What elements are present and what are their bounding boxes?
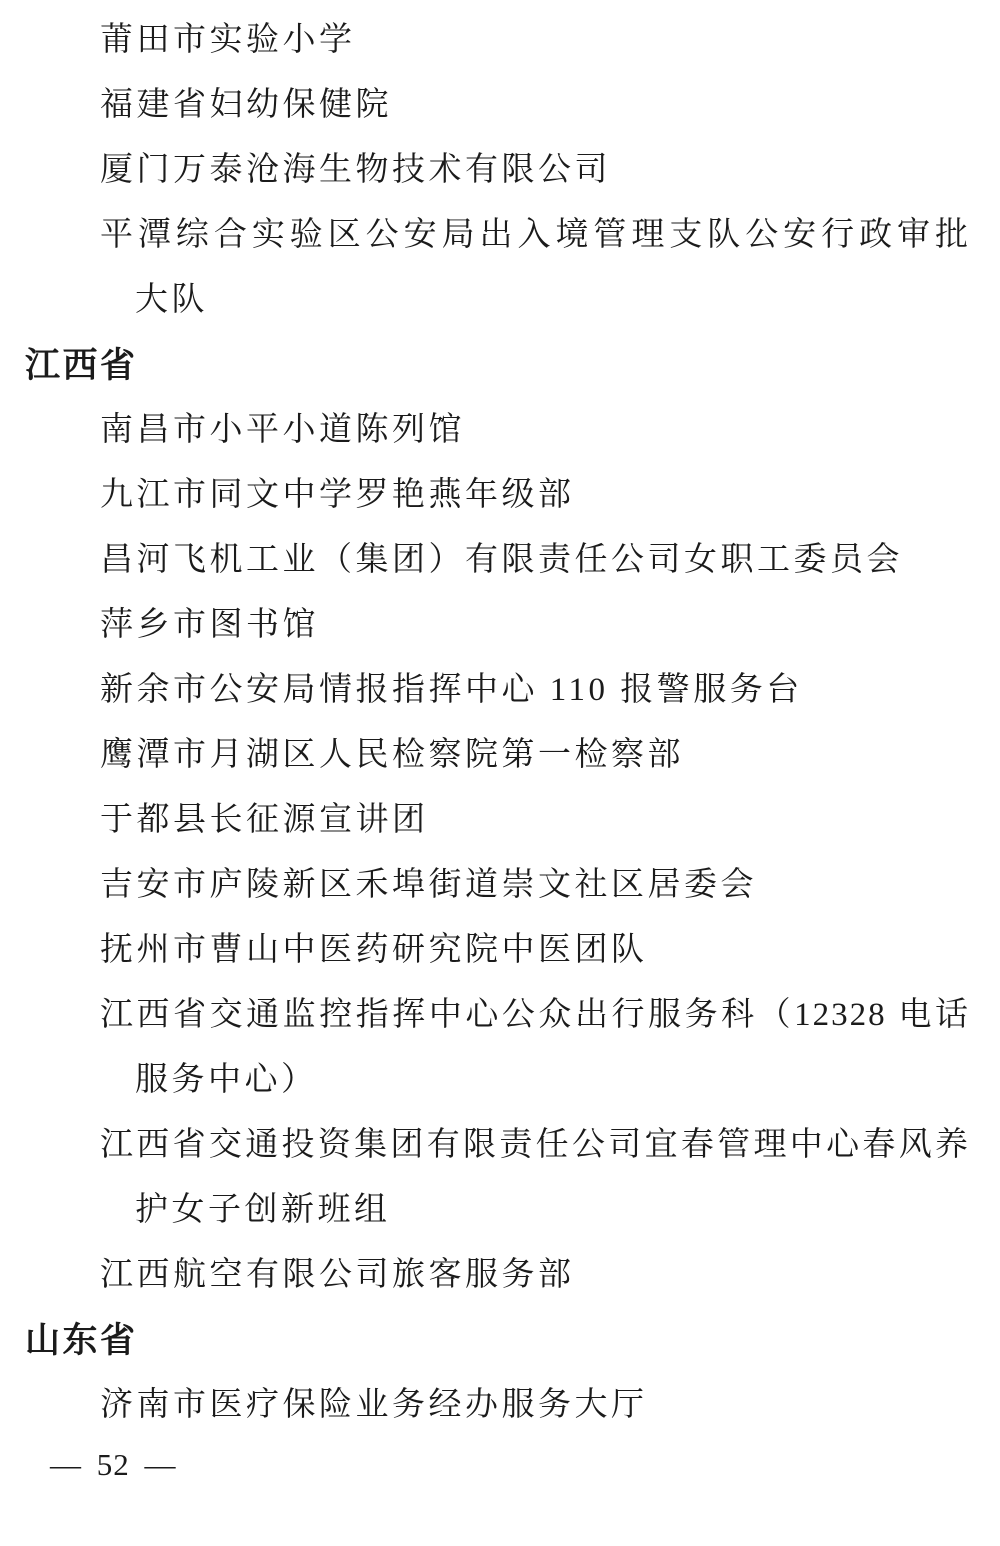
org-line-continuation: 大队 [25,268,970,333]
org-line: 南昌市小平小道陈列馆 [25,398,970,463]
document-page: 莆田市实验小学福建省妇幼保健院厦门万泰沧海生物技术有限公司平潭综合实验区公安局出… [0,0,1000,1546]
org-line: 江西省交通投资集团有限责任公司宜春管理中心春风养 [25,1113,970,1178]
page-number: — 52 — [25,1444,970,1486]
org-line-continuation: 护女子创新班组 [25,1178,970,1243]
org-line: 江西航空有限公司旅客服务部 [25,1243,970,1308]
org-line: 福建省妇幼保健院 [25,73,970,138]
org-line: 莆田市实验小学 [25,8,970,73]
org-line: 鹰潭市月湖区人民检察院第一检察部 [25,723,970,788]
org-line: 新余市公安局情报指挥中心 110 报警服务台 [25,658,970,723]
org-line: 萍乡市图书馆 [25,593,970,658]
document-body: 莆田市实验小学福建省妇幼保健院厦门万泰沧海生物技术有限公司平潭综合实验区公安局出… [25,8,970,1438]
org-line: 吉安市庐陵新区禾埠街道崇文社区居委会 [25,853,970,918]
province-header: 江西省 [25,333,970,398]
org-line-continuation: 服务中心） [25,1048,970,1113]
org-line: 平潭综合实验区公安局出入境管理支队公安行政审批 [25,203,970,268]
org-line: 于都县长征源宣讲团 [25,788,970,853]
org-line: 昌河飞机工业（集团）有限责任公司女职工委员会 [25,528,970,593]
org-line: 抚州市曹山中医药研究院中医团队 [25,918,970,983]
province-header: 山东省 [25,1308,970,1373]
org-line: 九江市同文中学罗艳燕年级部 [25,463,970,528]
org-line: 济南市医疗保险业务经办服务大厅 [25,1373,970,1438]
org-line: 江西省交通监控指挥中心公众出行服务科（12328 电话 [25,983,970,1048]
org-line: 厦门万泰沧海生物技术有限公司 [25,138,970,203]
